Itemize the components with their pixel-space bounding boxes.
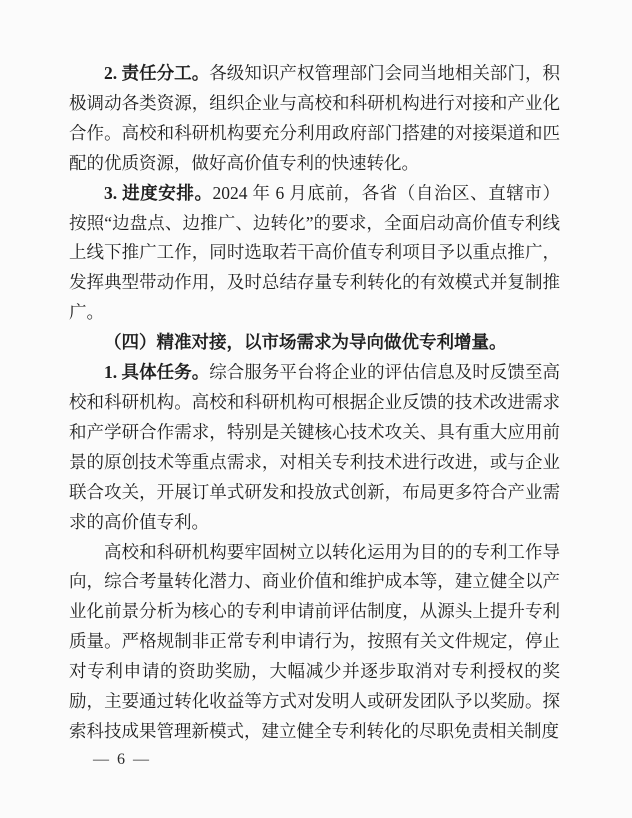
paragraph-duty: 2. 责任分工。各级知识产权管理部门会同当地相关部门，积极调动各类资源，组织企业… bbox=[69, 59, 560, 179]
document-page: 2. 责任分工。各级知识产权管理部门会同当地相关部门，积极调动各类资源，组织企业… bbox=[0, 0, 632, 818]
paragraph-task-text: 综合服务平台将企业的评估信息及时反馈至高校和科研机构。高校和科研机构可根据企业反… bbox=[69, 362, 560, 532]
paragraph-schedule: 3. 进度安排。2024 年 6 月底前，各省（自治区、直辖市）按照“边盘点、边… bbox=[69, 179, 560, 329]
paragraph-schedule-text: 2024 年 6 月底前，各省（自治区、直辖市）按照“边盘点、边推广、边转化”的… bbox=[69, 183, 560, 323]
paragraph-duty-lead: 2. 责任分工。 bbox=[104, 63, 209, 83]
paragraph-task: 1. 具体任务。综合服务平台将企业的评估信息及时反馈至高校和科研机构。高校和科研… bbox=[69, 358, 560, 537]
page-number: — 6 — bbox=[93, 751, 151, 769]
paragraph-quality: 高校和科研机构要牢固树立以转化运用为目的的专利工作导向，综合考量转化潜力、商业价… bbox=[69, 538, 560, 747]
paragraph-schedule-lead: 3. 进度安排。 bbox=[104, 183, 213, 203]
section-heading-four: （四）精准对接，以市场需求为导向做优专利增量。 bbox=[69, 328, 560, 358]
paragraph-task-lead: 1. 具体任务。 bbox=[104, 362, 209, 382]
document-body: 2. 责任分工。各级知识产权管理部门会同当地相关部门，积极调动各类资源，组织企业… bbox=[69, 59, 560, 747]
